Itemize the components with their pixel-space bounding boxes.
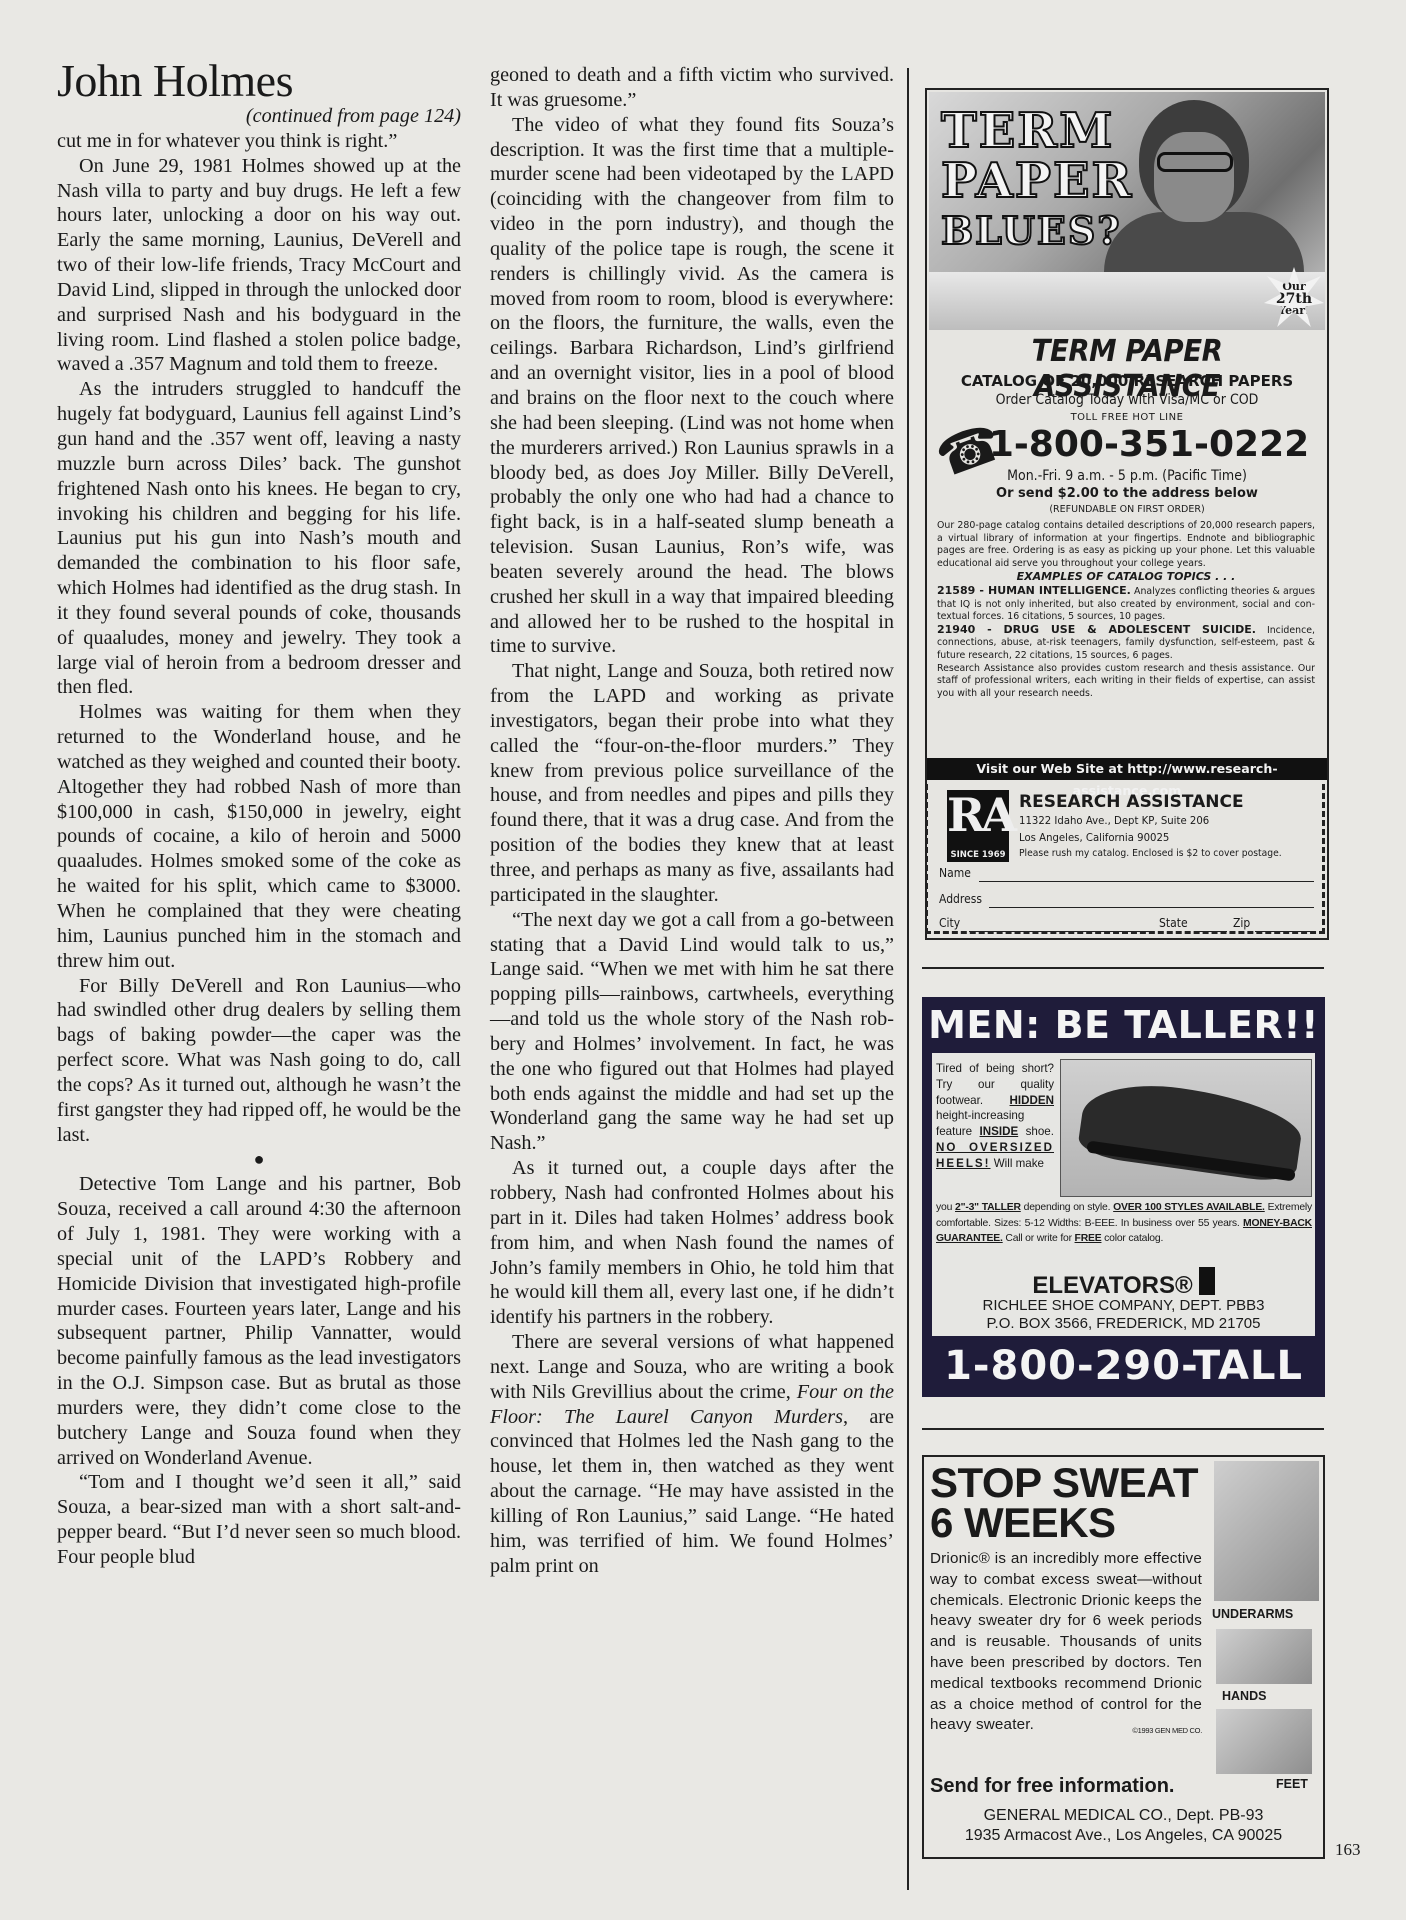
man-silhouette-icon	[1199, 1267, 1215, 1295]
state-field-label: State	[1159, 916, 1188, 930]
paragraph: “Tom and I thought we’d seen it all,” sa…	[57, 1470, 461, 1569]
paragraph: Detective Tom Lange and his partner, Bob…	[57, 1172, 461, 1470]
phone-number[interactable]: 1-800-351-0222	[949, 424, 1349, 465]
hands-photo	[1216, 1629, 1312, 1684]
state-field[interactable]	[1195, 931, 1227, 932]
paragraph: On June 29, 1981 Holmes showed up at the…	[57, 154, 461, 378]
feet-photo	[1216, 1709, 1312, 1774]
ad-headline: MEN: BE TALLER!!	[922, 1001, 1325, 1049]
paragraph: As it turned out, a couple days after th…	[490, 1156, 894, 1330]
continued-note: (continued from page 124)	[57, 104, 461, 129]
paragraph: Holmes was waiting for them when they re…	[57, 700, 461, 973]
address-field[interactable]	[989, 907, 1314, 908]
zip-field-label: Zip	[1233, 916, 1250, 930]
ad-copy: Drionic® is an incredibly more effective…	[930, 1549, 1202, 1742]
shoe-photo	[1060, 1059, 1312, 1197]
column-divider	[907, 68, 909, 1890]
phone-number[interactable]: 1-800-290-TALL	[922, 1339, 1325, 1393]
paragraph: The video of what they found fits Souza’…	[490, 113, 894, 660]
page-number: 163	[1335, 1840, 1361, 1860]
paragraph: cut me in for whatever you think is righ…	[57, 129, 461, 154]
ad-copy: you 2"-3" TALLER depending on style. OVE…	[936, 1200, 1312, 1247]
name-field[interactable]	[979, 881, 1314, 882]
ad-divider	[922, 1428, 1324, 1430]
website-link[interactable]: Visit our Web Site at http://www.researc…	[927, 758, 1327, 780]
city-field-label: City	[939, 916, 960, 930]
paragraph: There are several versions of what happe…	[490, 1330, 894, 1578]
paragraph: As the intruders struggled to handcuff t…	[57, 377, 461, 700]
paragraph: “The next day we got a call from a go-be…	[490, 908, 894, 1156]
ad-divider	[922, 967, 1324, 969]
catalog-topic: 21589 - HUMAN INTELLIGENCE. Analyzes con…	[937, 585, 1315, 624]
paragraph: geoned to death and a fifth victim who s…	[490, 63, 894, 113]
paragraph: For Billy DeVerell and Ron Launius—who h…	[57, 974, 461, 1148]
catalog-topic: 21940 - DRUG USE & ADOLESCENT SUICIDE. I…	[937, 624, 1315, 663]
address-field-label: Address	[939, 892, 982, 906]
underarm-photo	[1214, 1461, 1319, 1601]
article-column-1: John Holmes (continued from page 124) cu…	[57, 58, 461, 1570]
ra-logo: RA	[947, 790, 1009, 848]
ad-headline: TERM PAPER BLUES?	[941, 106, 1133, 256]
ad-term-paper: TERM PAPER BLUES? Our 27th Year! TERM PA…	[925, 88, 1329, 940]
ad-headline: STOP SWEAT 6 WEEKS	[930, 1463, 1198, 1543]
paragraph: That night, Lange and Souza, both re­tir…	[490, 659, 894, 907]
city-field[interactable]	[969, 931, 1152, 932]
ad-drionic: STOP SWEAT 6 WEEKS UNDERARMS HANDS FEET …	[922, 1455, 1325, 1859]
name-field-label: Name	[939, 866, 971, 880]
glasses-icon	[1157, 152, 1233, 172]
send-info-cta: Send for free information.	[930, 1775, 1174, 1798]
zip-field[interactable]	[1255, 931, 1313, 932]
section-break-bullet: ●	[57, 1147, 461, 1172]
ad-body: Our 280-page catalog contains detailed d…	[937, 520, 1315, 700]
ad-copy: Tired of being short? Try our quality fo…	[936, 1061, 1054, 1172]
brand-name: ELEVATORS®	[932, 1267, 1315, 1300]
article-title: John Holmes	[57, 58, 461, 104]
article-column-2: geoned to death and a fifth victim who s…	[490, 63, 894, 1578]
ad-elevators: MEN: BE TALLER!! Tired of being short? T…	[922, 997, 1325, 1397]
ad-photo-student: TERM PAPER BLUES? Our 27th Year!	[929, 92, 1325, 330]
